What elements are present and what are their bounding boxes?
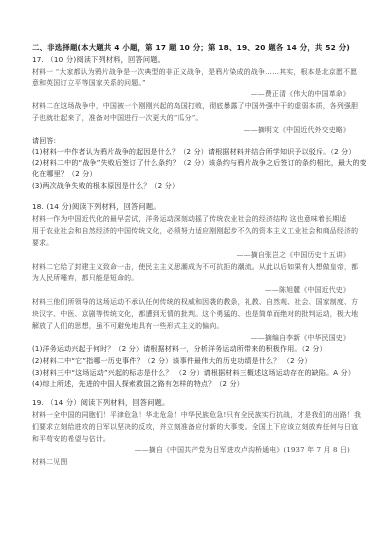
q18-subquestion-2: (2)材料二中“它”指哪一历史事件？（2 分）该事件最伟大的历史功绩是什么？ （… [32,356,312,366]
q18-material2-source: ——陈旭麓《中国近代史》 [265,285,350,295]
q19-material1-text: 和平苟安的希望与估计。 [32,434,110,444]
q17-material1-source: ——费正清《伟大的中国革命》 [251,89,350,99]
section-header: 二、非选择题(本大题共 4 小题，第 17 题 10 分；第 18、19、20 … [32,43,350,53]
q18-subquestion-1: (1)洋务运动兴起于何时？（2 分）请根据材料一，分析洋务运动所带来的积极作用。… [32,344,327,354]
q17-subquestion-3: (3)两次战争失败的根本原因是什么？（2 分） [32,181,179,191]
q17-material1-text: 意和英国订立平等国家关系的问题。” [32,78,146,88]
q18-subquestion-4: (4)综上所述，先进的中国人探索救国之路有怎样的特点？（2 分） [32,379,244,389]
q18-material1-text: 要求。 [32,238,53,248]
q18-material1-text: 用于农业社会和自然经济的中国传统文化，必须努力适应刚刚起步不久的资本主义工业社会… [32,226,358,236]
q17-material2-text: 子也就壮起来了，准备对中国进行一次更大的“瓜分”。 [32,113,203,123]
q18-material3-text: 解放了人们的思想，虽不可避免地具有一些形式主义的偏向。 [32,321,223,331]
q18-material2-text: 材料二它给了封建主义致命一击，使民主主义思潮成为不可抗拒的潮流。从此以后如果有人… [32,262,358,272]
q17-subquestion-2: 化在哪里？（2 分） [32,169,97,179]
q18-material3-text: 块汉字、中医、京剧等传统文化，都遭到无情的批判。这个勇猛的、也是简单而绝对的批判… [32,309,358,319]
q17-subquestion-2: (2)材料二中的“战争”失败后签订了什么条约？（2 分）该条约与鸦片战争之后签订… [32,158,367,168]
q19-title: 19. （14 分）阅读下列材料，回答问题。 [32,398,169,408]
q19-material2-label: 材料二见图 [32,457,67,467]
q19-material1-source: ——摘自《中国共产党为日军进攻卢沟桥通电》(1937 年 7 月 8 日) [135,445,350,455]
q17-material2-text: 材料二在这场战争中，中国被一个刚刚兴起的岛国打败，彻底暴露了中国外强中干的虚弱本… [32,101,358,111]
q18-material1-source: ——摘自张岂之《中国历史十五讲》 [237,250,350,260]
q17-material1-text: 材料一 “大家都认为鸦片战争是一次典型的非正义战争，是鸦片染成的战争……其实，根… [32,67,357,77]
q17-title: 17. （10 分)阅读下列材料，回答问题。 [32,55,165,65]
q17-prompt: 请回答: [32,136,56,146]
q19-material1-text: 材料一全中国的同胞们！平津危急！华北危急！中华民族危急!只有全民族实行抗战，才是… [32,410,361,420]
q18-material3-text: 材料三他们所领导的这场运动不承认任何传统的权威和因袭的教条，礼教、自然观、社会、… [32,297,358,307]
q18-title: 18. (14 分)阅读下列材料，回答问题。 [32,202,161,212]
q18-material3-source: ——摘编自李新《中华民国史》 [251,333,350,343]
q18-material2-text: 为人民所唾弃，都只能是短命的。 [32,273,138,283]
exam-page: 二、非选择题(本大题共 4 小题，第 17 题 10 分；第 18、19、20 … [0,0,380,538]
q18-material1-text: 材料一作为中国近代化的最早尝试，洋务运动深刻动摇了传统农业社会的经济结构 这也意… [32,214,346,224]
q17-subquestion-1: (1)材料一中作者认为鸦片战争的起因是什么？（2 分）请根据材料并结合所学知识予… [32,147,356,157]
q18-subquestion-3: (3)材料三中“这场运动”兴起的标志是什么？ （2 分）请根据材料三概述这场运动… [32,368,355,378]
q19-material1-text: 们要求立刻给进攻的日军以坚决的反攻，并立刻准备应付新的大事变。全国上下应该立刻放… [32,422,358,432]
q17-material2-source: ——摘明文《中国近代外交史略》 [244,125,350,135]
